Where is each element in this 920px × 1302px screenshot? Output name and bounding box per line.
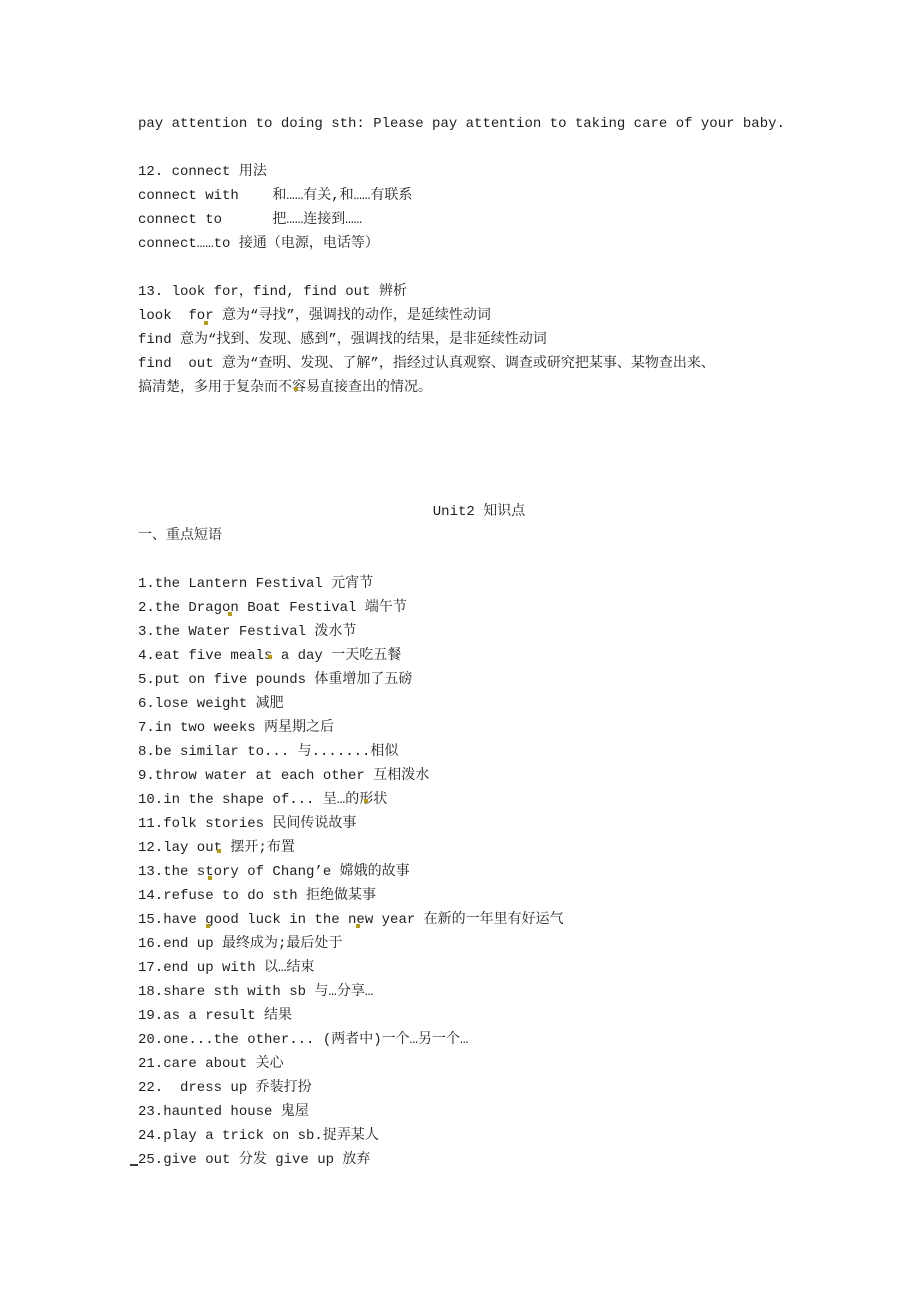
find-out-continuation-line: 搞清楚，多用于复杂而不容易直接查出的情况。 [138, 376, 820, 400]
artifact-dot-meals [268, 655, 272, 659]
phrase-line-4: 4.eat five meals a day 一天吃五餐 [138, 644, 820, 668]
connect-with-line: connect with 和……有关,和……有联系 [138, 184, 820, 208]
phrase-line-24: 24.play a trick on sb.捉弄某人 [138, 1124, 820, 1148]
artifact-dot-dragon [228, 612, 232, 616]
look-for-line: look for 意为“寻找”，强调找的动作，是延续性动词 [138, 304, 820, 328]
artifact-dot-good [206, 924, 210, 928]
phrase-line-20: 20.one...the other... (两者中)一个…另一个… [138, 1028, 820, 1052]
artifact-dot-zhijie [294, 387, 298, 391]
unit2-subheading: 一、重点短语 [138, 524, 820, 548]
artifact-dot-new [356, 924, 360, 928]
phrase-line-19: 19.as a result 结果 [138, 1004, 820, 1028]
phrase-line-22: 22. dress up 乔装打扮 [138, 1076, 820, 1100]
phrase-line-13: 13.the story of Chang’e 嫦娥的故事 [138, 860, 820, 884]
connect-dots-to-line: connect……to 接通（电源，电话等） [138, 232, 820, 256]
find-out-line: find out 意为“查明、发现、了解”，指经过认真观察、调查或研究把某事、某… [138, 352, 820, 376]
section-12-heading: 12. connect 用法 [138, 160, 820, 184]
phrase-line-5: 5.put on five pounds 体重增加了五磅 [138, 668, 820, 692]
phrase-line-15: 15.have good luck in the new year 在新的一年里… [138, 908, 820, 932]
phrase-line-7: 7.in two weeks 两星期之后 [138, 716, 820, 740]
phrase-line-12: 12.lay out 摆开;布置 [138, 836, 820, 860]
phrase-line-21: 21.care about 关心 [138, 1052, 820, 1076]
artifact-dot-for [204, 321, 208, 325]
pay-attention-line: pay attention to doing sth: Please pay a… [138, 112, 820, 136]
phrase-line-11: 11.folk stories 民间传说故事 [138, 812, 820, 836]
artifact-dot-layout [217, 849, 221, 853]
phrase-line-9: 9.throw water at each other 互相泼水 [138, 764, 820, 788]
connect-to-line: connect to 把……连接到…… [138, 208, 820, 232]
document-page: pay attention to doing sth: Please pay a… [0, 0, 920, 1302]
artifact-dash-25 [130, 1164, 138, 1166]
document-body: pay attention to doing sth: Please pay a… [138, 112, 820, 1172]
phrase-line-8: 8.be similar to... 与.......相似 [138, 740, 820, 764]
phrase-line-14: 14.refuse to do sth 拒绝做某事 [138, 884, 820, 908]
phrase-line-1: 1.the Lantern Festival 元宵节 [138, 572, 820, 596]
phrase-line-2: 2.the Dragon Boat Festival 端午节 [138, 596, 820, 620]
phrase-line-17: 17.end up with 以…结束 [138, 956, 820, 980]
phrase-line-23: 23.haunted house 鬼屋 [138, 1100, 820, 1124]
phrase-line-25: 25.give out 分发 give up 放弃 [138, 1148, 820, 1172]
phrase-line-16: 16.end up 最终成为;最后处于 [138, 932, 820, 956]
phrase-line-10: 10.in the shape of... 呈…的形状 [138, 788, 820, 812]
phrase-line-18: 18.share sth with sb 与…分享… [138, 980, 820, 1004]
phrase-line-6: 6.lose weight 减肥 [138, 692, 820, 716]
phrase-line-3: 3.the Water Festival 泼水节 [138, 620, 820, 644]
find-line: find 意为“找到、发现、感到”，强调找的结果，是非延续性动词 [138, 328, 820, 352]
artifact-dot-shape [364, 799, 368, 803]
section-13-heading: 13. look for，find, find out 辨析 [138, 280, 820, 304]
artifact-dot-story [208, 876, 212, 880]
unit2-title: Unit2 知识点 [138, 500, 820, 524]
